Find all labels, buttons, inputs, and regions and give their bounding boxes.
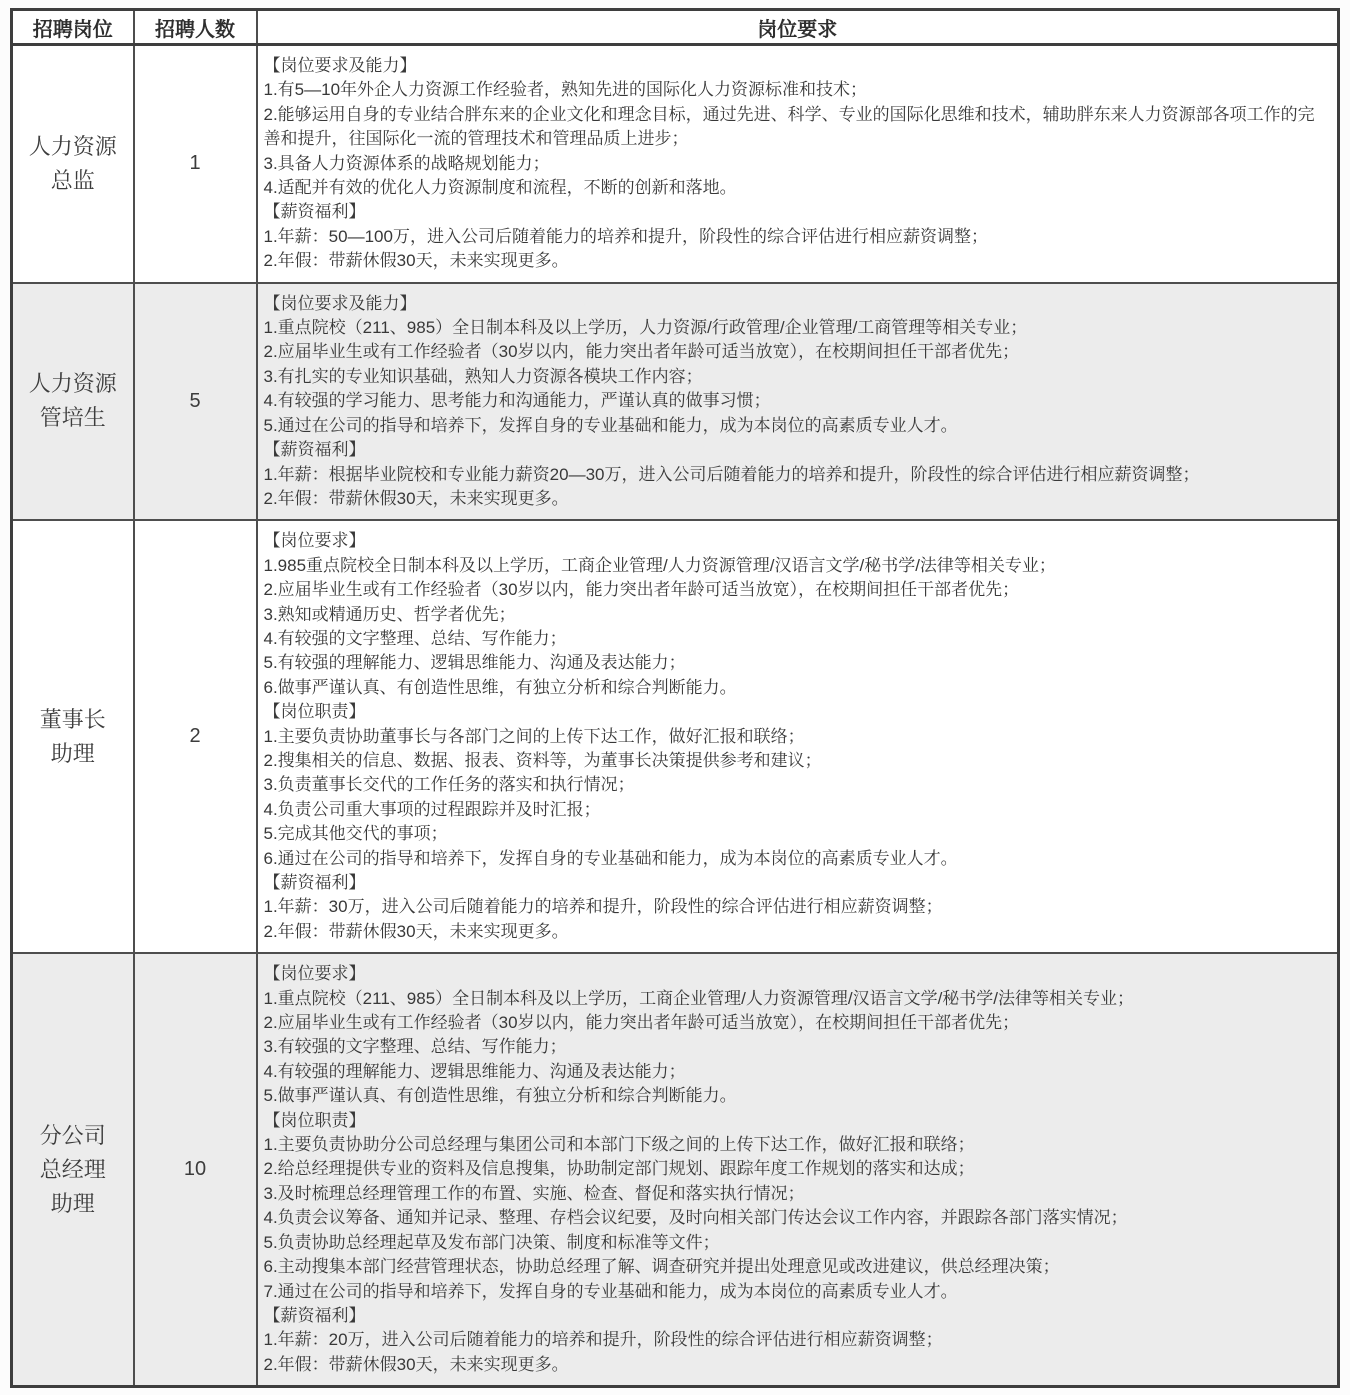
table-header-row: 招聘岗位 招聘人数 岗位要求 — [12, 10, 1339, 45]
requirements-cell-hr-trainee: 【岗位要求及能力】 1.重点院校（211、985）全日制本科及以上学历，人力资源… — [257, 283, 1339, 521]
recruitment-table: 招聘岗位 招聘人数 岗位要求 人力资源 总监 1 【岗位要求及能力】 1.有5—… — [10, 8, 1340, 1388]
document-page: 招聘岗位 招聘人数 岗位要求 人力资源 总监 1 【岗位要求及能力】 1.有5—… — [0, 0, 1350, 1395]
count-cell-hr-director: 1 — [134, 45, 257, 283]
header-position: 招聘岗位 — [12, 10, 134, 45]
position-cell-chairman-assistant: 董事长 助理 — [12, 520, 134, 953]
requirements-cell-hr-director: 【岗位要求及能力】 1.有5—10年外企人力资源工作经验者，熟知先进的国际化人力… — [257, 45, 1339, 283]
table-row-branch-gm-assistant: 分公司 总经理 助理 10 【岗位要求】 1.重点院校（211、985）全日制本… — [12, 953, 1339, 1386]
position-cell-branch-gm-assistant: 分公司 总经理 助理 — [12, 953, 134, 1386]
count-cell-hr-trainee: 5 — [134, 283, 257, 521]
table-row-hr-director: 人力资源 总监 1 【岗位要求及能力】 1.有5—10年外企人力资源工作经验者，… — [12, 45, 1339, 283]
requirements-cell-chairman-assistant: 【岗位要求】 1.985重点院校全日制本科及以上学历，工商企业管理/人力资源管理… — [257, 520, 1339, 953]
position-cell-hr-director: 人力资源 总监 — [12, 45, 134, 283]
table-row-chairman-assistant: 董事长 助理 2 【岗位要求】 1.985重点院校全日制本科及以上学历，工商企业… — [12, 520, 1339, 953]
count-cell-branch-gm-assistant: 10 — [134, 953, 257, 1386]
header-count: 招聘人数 — [134, 10, 257, 45]
header-requirements: 岗位要求 — [257, 10, 1339, 45]
table-row-hr-trainee: 人力资源 管培生 5 【岗位要求及能力】 1.重点院校（211、985）全日制本… — [12, 283, 1339, 521]
count-cell-chairman-assistant: 2 — [134, 520, 257, 953]
position-cell-hr-trainee: 人力资源 管培生 — [12, 283, 134, 521]
requirements-cell-branch-gm-assistant: 【岗位要求】 1.重点院校（211、985）全日制本科及以上学历，工商企业管理/… — [257, 953, 1339, 1386]
